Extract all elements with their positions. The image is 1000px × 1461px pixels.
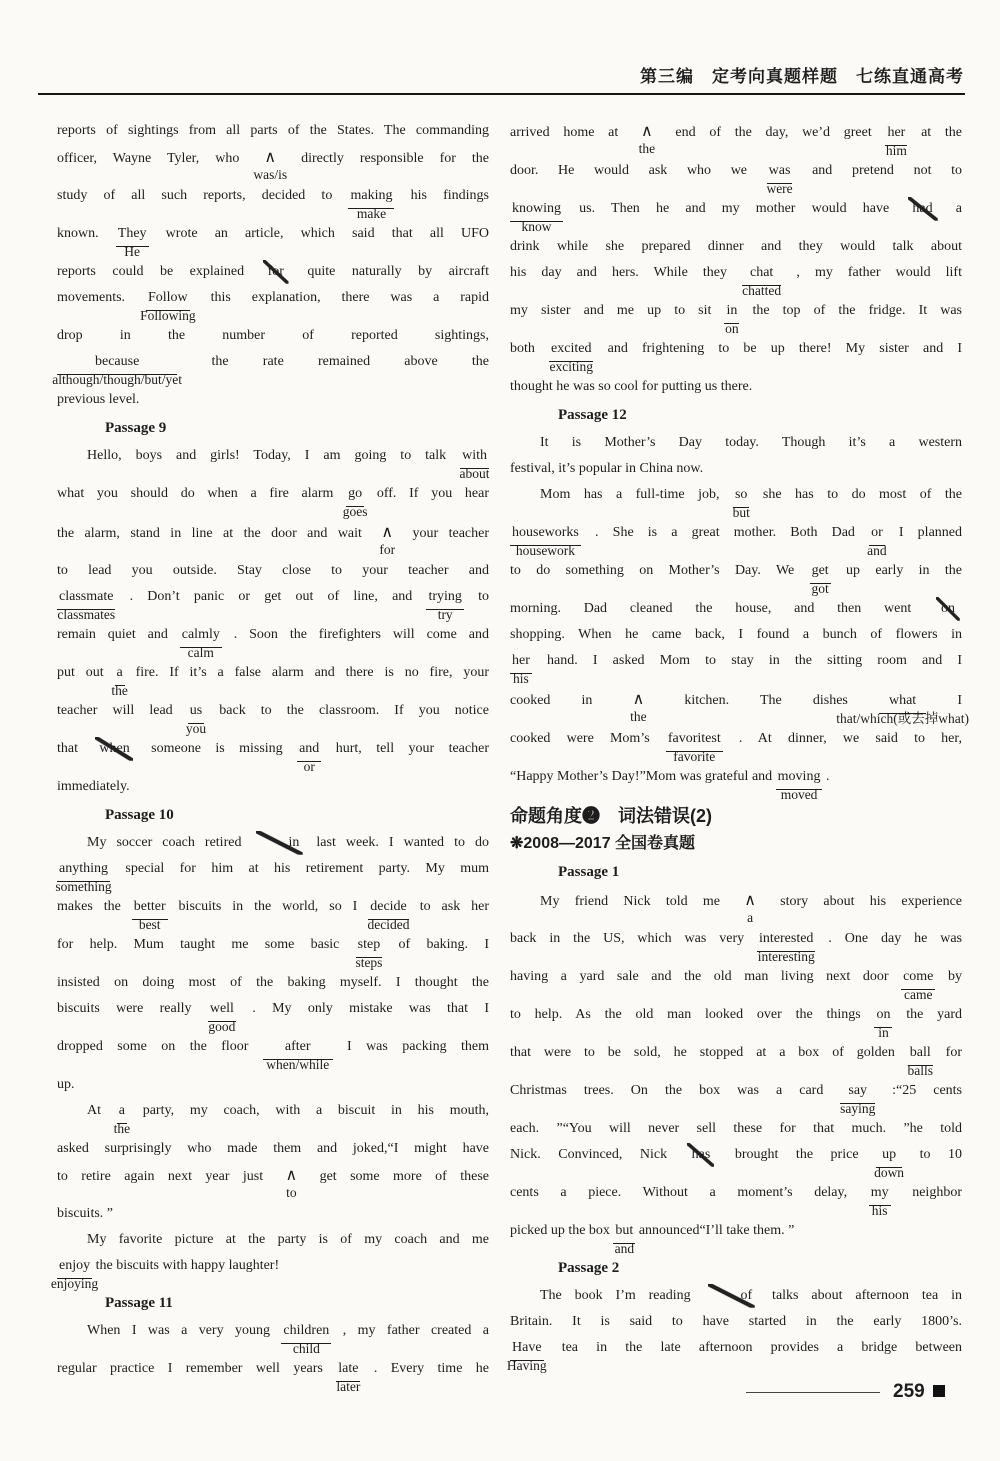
correction-text: the <box>114 1122 131 1135</box>
text-segment: previous level. <box>57 392 139 407</box>
text-segment: arrived home at <box>510 125 632 140</box>
section-heading: 命题角度❷ 词法错误(2) <box>510 802 962 830</box>
text-line: reports of sightings from all parts of t… <box>57 118 489 143</box>
text-segment: the biscuits with happy laughter! <box>92 1258 279 1273</box>
text-segment: Mom has a full-time job, <box>540 487 733 502</box>
correction-text: classmates <box>57 608 115 621</box>
text-segment: special for him at his retirement party.… <box>110 861 489 876</box>
text-line: “Happy Mother’s Day!”Mom was grateful an… <box>510 764 962 790</box>
text-segment: and frightening to be up there! My siste… <box>593 341 962 356</box>
error-word: calmlycalm <box>180 622 222 648</box>
error-word: anythingsomething <box>57 856 110 882</box>
text-line: enjoyenjoying the biscuits with happy la… <box>57 1253 489 1279</box>
text-line: makes the betterbest biscuits in the wor… <box>57 894 489 920</box>
text-line: morning. Dad cleaned the house, and then… <box>510 596 962 621</box>
text-segment: neighbor <box>891 1185 962 1200</box>
text-segment: makes the <box>57 899 132 914</box>
text-line: that were to be sold, he stopped at a bo… <box>510 1040 962 1066</box>
correction-text: the <box>630 710 647 723</box>
text-segment: officer, Wayne Tyler, who <box>57 151 255 166</box>
text-segment: study of all such reports, decided to <box>57 188 348 203</box>
text-segment: this explanation, there was a rapid <box>190 290 489 305</box>
correction-text: interesting <box>758 950 815 963</box>
text-line: put out athe fire. If it’s a false alarm… <box>57 660 489 686</box>
text-segment: a <box>940 201 962 216</box>
text-line: officer, Wayne Tyler, who ∧was/is direct… <box>57 144 489 171</box>
text-segment: . Soon the firefighters will come and <box>222 627 489 642</box>
section-heading: ❋2008—2017 全国卷真题 <box>510 832 962 856</box>
error-word: ballballs <box>908 1040 933 1066</box>
text-segment: dropped some on the floor <box>57 1039 263 1054</box>
correction-text: a <box>747 911 753 924</box>
text-segment: cooked were Mom’s <box>510 731 666 746</box>
text-segment: to retire again next year just <box>57 1169 276 1184</box>
insertion-point: ∧to <box>276 1162 306 1189</box>
correction-text: Having <box>507 1359 547 1372</box>
caret-icon: ∧ <box>632 118 662 143</box>
text-line: movements. FollowFollowing this explanat… <box>57 285 489 311</box>
text-segment: When I was a very young <box>87 1323 281 1338</box>
text-line: study of all such reports, decided to ma… <box>57 183 489 209</box>
correction-text: goes <box>343 505 368 518</box>
text-segment: his day and hers. While they <box>510 265 742 280</box>
correction-text: try <box>438 608 453 621</box>
text-segment: off. If you hear <box>364 486 489 501</box>
text-segment: morning. Dad cleaned the house, and then… <box>510 601 934 616</box>
correction-text: housework <box>516 544 575 557</box>
text-line: Hello, boys and girls! Today, I am going… <box>57 443 489 469</box>
black-square-icon <box>933 1385 945 1397</box>
text-segment: Hello, boys and girls! Today, I am going… <box>87 448 460 463</box>
error-word: saysaying <box>840 1078 875 1104</box>
text-line: picked up the box butand announced“I’ll … <box>510 1218 962 1244</box>
text-segment: of baking. I <box>382 937 489 952</box>
text-segment: back to the classroom. If you notice <box>204 703 489 718</box>
text-segment: It is Mother’s Day today. Though it’s a … <box>540 435 962 450</box>
text-line: arrived home at ∧the end of the day, we’… <box>510 118 962 146</box>
text-line: that when someone is missing andor hurt,… <box>57 736 489 762</box>
correction-text: make <box>357 207 386 220</box>
correction-text: know <box>522 220 552 233</box>
text-line: festival, it’s popular in China now. <box>510 456 962 481</box>
correction-text: the <box>111 684 128 697</box>
text-segment: your teacher <box>402 526 489 541</box>
text-segment: cooked in <box>510 693 624 708</box>
text-segment: :“25 cents <box>875 1083 962 1098</box>
error-word: classmateclassmates <box>57 584 115 610</box>
text-segment: regular practice I remember well years <box>57 1361 336 1376</box>
error-word: childrenchild <box>281 1318 331 1344</box>
text-segment: last week. I wanted to do <box>306 835 489 850</box>
deleted-word: had <box>905 196 939 221</box>
correction-text: chatted <box>742 284 781 297</box>
passage-title: Passage 12 <box>510 403 962 428</box>
text-line: dropped some on the floor afterwhen/whil… <box>57 1034 489 1060</box>
correction-text: in <box>878 1026 889 1039</box>
text-line: back in the US, which was very intereste… <box>510 926 962 952</box>
caret-icon: ∧ <box>276 1162 306 1187</box>
text-segment: to lead you outside. Stay close to your … <box>57 563 489 578</box>
text-segment: get some more of these <box>306 1169 489 1184</box>
text-segment: that were to be sold, he stopped at a bo… <box>510 1045 908 1060</box>
text-segment: for <box>933 1045 962 1060</box>
text-segment: what you should do when a fire alarm <box>57 486 346 501</box>
text-line: insisted on doing most of the baking mys… <box>57 970 489 995</box>
error-word: becausealthough/though/but/yet <box>57 349 177 375</box>
insertion-point: ∧the <box>624 686 654 713</box>
text-segment: hurt, tell your teacher <box>321 741 489 756</box>
text-segment: I <box>926 693 962 708</box>
correction-text: exciting <box>550 360 594 373</box>
error-word: whatthat/which(或去掉what) <box>879 688 926 714</box>
error-word: FollowFollowing <box>146 285 190 311</box>
error-word: updown <box>876 1142 902 1168</box>
error-word: gogoes <box>346 481 364 507</box>
correction-text: to <box>286 1186 297 1199</box>
correction-text: got <box>811 582 828 595</box>
correction-text: his <box>872 1204 888 1217</box>
text-line: knowingknow us. Then he and my mother wo… <box>510 196 962 222</box>
correction-text: and <box>867 544 887 557</box>
correction-text: the <box>639 142 656 155</box>
text-line: cooked were Mom’s favoritestfavorite . A… <box>510 726 962 752</box>
text-segment: up early in the <box>831 563 962 578</box>
text-segment: movements. <box>57 290 146 305</box>
text-segment: Nick. Convinced, Nick <box>510 1147 685 1162</box>
page-number: 259 <box>893 1378 945 1406</box>
error-word: makingmake <box>348 183 394 209</box>
text-segment: story about his experience <box>765 894 962 909</box>
text-line: door. He would ask who we waswere and pr… <box>510 158 962 184</box>
text-segment: the rate remained above the <box>177 354 489 369</box>
error-word: inon <box>724 298 739 324</box>
deleted-word: when <box>92 736 136 761</box>
text-line: both excitedexciting and frightening to … <box>510 336 962 362</box>
error-word: wellgood <box>208 996 236 1022</box>
caret-icon: ∧ <box>255 144 285 169</box>
text-line: My soccer coach retired in last week. I … <box>57 830 489 855</box>
text-segment: biscuits in the world, so I <box>168 899 369 914</box>
error-word: sobut <box>733 482 749 508</box>
correction-text: something <box>55 880 111 893</box>
text-segment: directly responsible for the <box>285 151 489 166</box>
header-rule <box>38 93 965 95</box>
text-segment: wrote an article, which said that all UF… <box>149 226 489 241</box>
text-line: biscuits were really wellgood . My only … <box>57 996 489 1022</box>
text-segment: my sister and me up to sit <box>510 303 724 318</box>
error-word: comecame <box>901 964 935 990</box>
caret-icon: ∧ <box>735 887 765 912</box>
text-line: immediately. <box>57 774 489 799</box>
text-segment: the alarm, stand in line at the door and… <box>57 526 372 541</box>
text-segment: party, my coach, with a biscuit in his m… <box>127 1103 489 1118</box>
text-segment: drink while she prepared dinner and they… <box>510 239 962 254</box>
error-word: excitedexciting <box>549 336 593 362</box>
text-segment: . One day he was <box>815 931 962 946</box>
text-line: his day and hers. While they chatchatted… <box>510 260 962 286</box>
text-segment: The book I’m reading <box>540 1288 704 1303</box>
text-segment: My friend Nick told me <box>540 894 735 909</box>
correction-text: him <box>886 144 907 157</box>
text-segment: and pretend not to <box>792 163 962 178</box>
text-segment: that <box>57 741 92 756</box>
correction-text: for <box>379 543 395 556</box>
deleted-word: has <box>685 1142 718 1167</box>
insertion-point: ∧for <box>372 519 402 546</box>
text-line: having a yard sale and the old man livin… <box>510 964 962 990</box>
caret-icon: ∧ <box>624 686 654 711</box>
deleted-word: of <box>704 1283 760 1308</box>
correction-text: favorite <box>673 750 715 763</box>
error-word: betterbest <box>132 894 168 920</box>
error-word: interestedinteresting <box>757 926 815 952</box>
passage-title: Passage 2 <box>510 1256 962 1281</box>
text-line: asked surprisingly who made them and jok… <box>57 1136 489 1161</box>
correction-text: child <box>293 1342 320 1355</box>
text-segment: reports of sightings from all parts of t… <box>57 123 489 138</box>
text-line: becausealthough/though/but/yet the rate … <box>57 349 489 375</box>
text-line: houseworkshousework . She is a great mot… <box>510 520 962 546</box>
error-word: afterwhen/while <box>263 1034 333 1060</box>
error-word: movingmoved <box>776 764 823 790</box>
text-line: It is Mother’s Day today. Though it’s a … <box>510 430 962 455</box>
text-segment: asked surprisingly who made them and jok… <box>57 1141 489 1156</box>
text-line: to lead you outside. Stay close to your … <box>57 558 489 583</box>
text-segment: to ask her <box>409 899 489 914</box>
text-segment: someone is missing <box>137 741 297 756</box>
text-segment: I was packing them <box>333 1039 489 1054</box>
text-line: remain quiet and calmlycalm . Soon the f… <box>57 622 489 648</box>
text-segment: both <box>510 341 549 356</box>
text-segment: . Don’t panic or get out of line, and <box>115 589 426 604</box>
text-segment: the yard <box>892 1007 962 1022</box>
text-segment: biscuits. ” <box>57 1206 113 1221</box>
correction-text: down <box>874 1166 904 1179</box>
correction-text: balls <box>908 1064 934 1077</box>
text-segment: “Happy Mother’s Day!”Mom was grateful an… <box>510 769 776 784</box>
text-segment: talks about afternoon tea in <box>759 1288 962 1303</box>
text-line: drop in the number of reported sightings… <box>57 323 489 348</box>
content-columns: reports of sightings from all parts of t… <box>57 118 962 1394</box>
text-line: to do something on Mother’s Day. We getg… <box>510 558 962 584</box>
text-line: up. <box>57 1072 489 1097</box>
text-line: reports could be explained for quite nat… <box>57 259 489 284</box>
error-word: enjoyenjoying <box>57 1253 92 1279</box>
passage-title: Passage 11 <box>57 1291 489 1316</box>
text-line: what you should do when a fire alarm gog… <box>57 481 489 507</box>
text-line: thought he was so cool for putting us th… <box>510 374 962 399</box>
insertion-point: ∧the <box>632 118 662 145</box>
error-word: stepsteps <box>356 932 383 958</box>
text-segment: . My only mistake was that I <box>236 1001 489 1016</box>
text-segment: hand. I asked Mom to stay in the sitting… <box>532 653 962 668</box>
page-header-title: 第三编 定考向真题样题 七练直通高考 <box>38 62 964 87</box>
caret-icon: ∧ <box>372 519 402 544</box>
text-segment: My favorite picture at the party is of m… <box>87 1232 489 1247</box>
text-line: Christmas trees. On the box was a card s… <box>510 1078 962 1104</box>
text-segment: Britain. It is said to have started in t… <box>510 1314 962 1329</box>
text-segment: . <box>822 769 829 784</box>
error-word: myhis <box>869 1180 891 1206</box>
text-segment: to <box>464 589 489 604</box>
text-segment: kitchen. The dishes <box>653 693 879 708</box>
text-segment: known. <box>57 226 116 241</box>
text-line: The book I’m reading of talks about afte… <box>510 1283 962 1308</box>
error-word: athe <box>117 1098 127 1124</box>
text-segment: insisted on doing most of the baking mys… <box>57 975 489 990</box>
text-segment: door. He would ask who we <box>510 163 767 178</box>
text-segment: she has to do most of the <box>749 487 962 502</box>
text-segment: to do something on Mother’s Day. We <box>510 563 810 578</box>
text-line: My friend Nick told me ∧a story about hi… <box>510 887 962 914</box>
insertion-point: ∧was/is <box>255 144 285 171</box>
text-segment: My soccer coach retired <box>87 835 251 850</box>
text-segment: festival, it’s popular in China now. <box>510 461 703 476</box>
text-line: the alarm, stand in line at the door and… <box>57 519 489 546</box>
text-line: HaveHaving tea in the late afternoon pro… <box>510 1335 962 1361</box>
text-segment: brought the price <box>717 1147 876 1162</box>
text-line: At athe party, my coach, with a biscuit … <box>57 1098 489 1124</box>
error-word: herhis <box>510 648 532 674</box>
text-line: for help. Mum taught me some basic steps… <box>57 932 489 958</box>
error-word: decidedecided <box>368 894 409 920</box>
error-word: HaveHaving <box>510 1335 544 1361</box>
text-segment: up. <box>57 1077 75 1092</box>
deleted-word: on <box>934 596 962 621</box>
correction-text: Following <box>140 309 196 322</box>
error-word: herhim <box>885 120 907 146</box>
text-line: previous level. <box>57 387 489 412</box>
insertion-point: ∧a <box>735 887 765 914</box>
correction-text: moved <box>781 788 818 801</box>
text-segment: fire. If it’s a false alarm and there is… <box>125 665 489 680</box>
correction-text: saying <box>840 1102 875 1115</box>
text-line: Mom has a full-time job, sobut she has t… <box>510 482 962 508</box>
passage-title: Passage 10 <box>57 803 489 828</box>
correction-text: or <box>304 760 315 773</box>
text-line: anythingsomething special for him at his… <box>57 856 489 882</box>
correction-text: on <box>725 322 739 335</box>
correction-text: his <box>513 672 529 685</box>
correction-text: but <box>733 506 750 519</box>
text-segment: cents a piece. Without a moment’s delay, <box>510 1185 869 1200</box>
text-segment: . Every time he <box>360 1361 489 1376</box>
error-word: chatchatted <box>742 260 781 286</box>
text-segment: to help. As the old man looked over the … <box>510 1007 874 1022</box>
text-segment: to 10 <box>902 1147 962 1162</box>
error-word: usyou <box>188 698 204 724</box>
text-line: each. ”“You will never sell these for th… <box>510 1116 962 1141</box>
correction-text: were <box>766 182 792 195</box>
text-line: teacher will lead usyou back to the clas… <box>57 698 489 724</box>
error-word: knowingknow <box>510 196 563 222</box>
footer-rule <box>746 1392 880 1393</box>
text-segment: biscuits were really <box>57 1001 208 1016</box>
text-line: my sister and me up to sit inon the top … <box>510 298 962 324</box>
text-line: known. TheyHe wrote an article, which sa… <box>57 221 489 247</box>
text-segment: reports could be explained <box>57 264 261 279</box>
error-word: andor <box>297 736 321 762</box>
deleted-word: for <box>261 259 291 284</box>
correction-text: steps <box>355 956 382 969</box>
correction-text: came <box>904 988 932 1001</box>
error-word: athe <box>115 660 125 686</box>
correction-text: about <box>460 467 490 480</box>
right-column: arrived home at ∧the end of the day, we’… <box>510 118 962 1394</box>
text-line: When I was a very young childrenchild , … <box>57 1318 489 1344</box>
page-number-text: 259 <box>893 1381 925 1402</box>
text-line: cooked in ∧the kitchen. The dishes whatt… <box>510 686 962 714</box>
text-segment: , my father would lift <box>781 265 962 280</box>
error-word: TheyHe <box>116 221 149 247</box>
correction-text: was/is <box>253 168 287 181</box>
page-footer: 259 <box>0 1378 1000 1408</box>
text-segment: remain quiet and <box>57 627 180 642</box>
correction-text: good <box>208 1020 235 1033</box>
error-word: houseworkshousework <box>510 520 581 546</box>
text-segment: , my father created a <box>331 1323 489 1338</box>
correction-text: He <box>124 245 140 258</box>
correction-text: although/though/but/yet <box>52 373 182 386</box>
text-segment: at the <box>907 125 962 140</box>
error-word: tryingtry <box>426 584 463 610</box>
error-word: withabout <box>460 443 489 469</box>
text-segment: . At dinner, we said to her, <box>723 731 962 746</box>
error-word: waswere <box>767 158 793 184</box>
passage-title: Passage 9 <box>57 416 489 441</box>
error-word: orand <box>869 520 885 546</box>
text-segment: end of the day, we’d greet <box>662 125 886 140</box>
text-line: My favorite picture at the party is of m… <box>57 1227 489 1252</box>
correction-text: that/which(或去掉what) <box>836 712 969 725</box>
text-line: cents a piece. Without a moment’s delay,… <box>510 1180 962 1206</box>
text-line: classmateclassmates . Don’t panic or get… <box>57 584 489 610</box>
text-line: shopping. When he came back, I found a b… <box>510 622 962 647</box>
text-segment: by <box>935 969 962 984</box>
text-segment: thought he was so cool for putting us th… <box>510 379 752 394</box>
text-line: to help. As the old man looked over the … <box>510 1002 962 1028</box>
correction-text: and <box>615 1242 635 1255</box>
deleted-word: in <box>251 830 306 855</box>
text-segment: each. ”“You will never sell these for th… <box>510 1121 962 1136</box>
error-word: onin <box>874 1002 892 1028</box>
correction-text: enjoying <box>51 1277 98 1290</box>
passage-title: Passage 1 <box>510 860 962 885</box>
text-segment: . She is a great mother. Both Dad <box>581 525 869 540</box>
error-word: getgot <box>810 558 831 584</box>
correction-text: best <box>139 918 161 931</box>
text-line: Nick. Convinced, Nick has brought the pr… <box>510 1142 962 1168</box>
text-segment: tea in the late afternoon provides a bri… <box>544 1340 962 1355</box>
text-segment: the top of the fridge. It was <box>739 303 962 318</box>
text-segment: back in the US, which was very <box>510 931 757 946</box>
text-segment: quite naturally by aircraft <box>291 264 489 279</box>
text-segment: Christmas trees. On the box was a card <box>510 1083 840 1098</box>
error-word: favoritestfavorite <box>666 726 723 752</box>
text-line: Britain. It is said to have started in t… <box>510 1309 962 1334</box>
correction-text: calm <box>188 646 214 659</box>
text-line: drink while she prepared dinner and they… <box>510 234 962 259</box>
correction-text: when/while <box>266 1058 329 1071</box>
correction-text: you <box>186 722 206 735</box>
text-segment: his findings <box>394 188 489 203</box>
text-segment: At <box>87 1103 117 1118</box>
text-segment: immediately. <box>57 779 130 794</box>
workbook-page: { "header": { "title": "第三编 定考向真题样题 七练直通… <box>0 0 1000 1461</box>
text-segment: for help. Mum taught me some basic <box>57 937 356 952</box>
correction-text: decided <box>368 918 410 931</box>
text-segment: teacher will lead <box>57 703 188 718</box>
